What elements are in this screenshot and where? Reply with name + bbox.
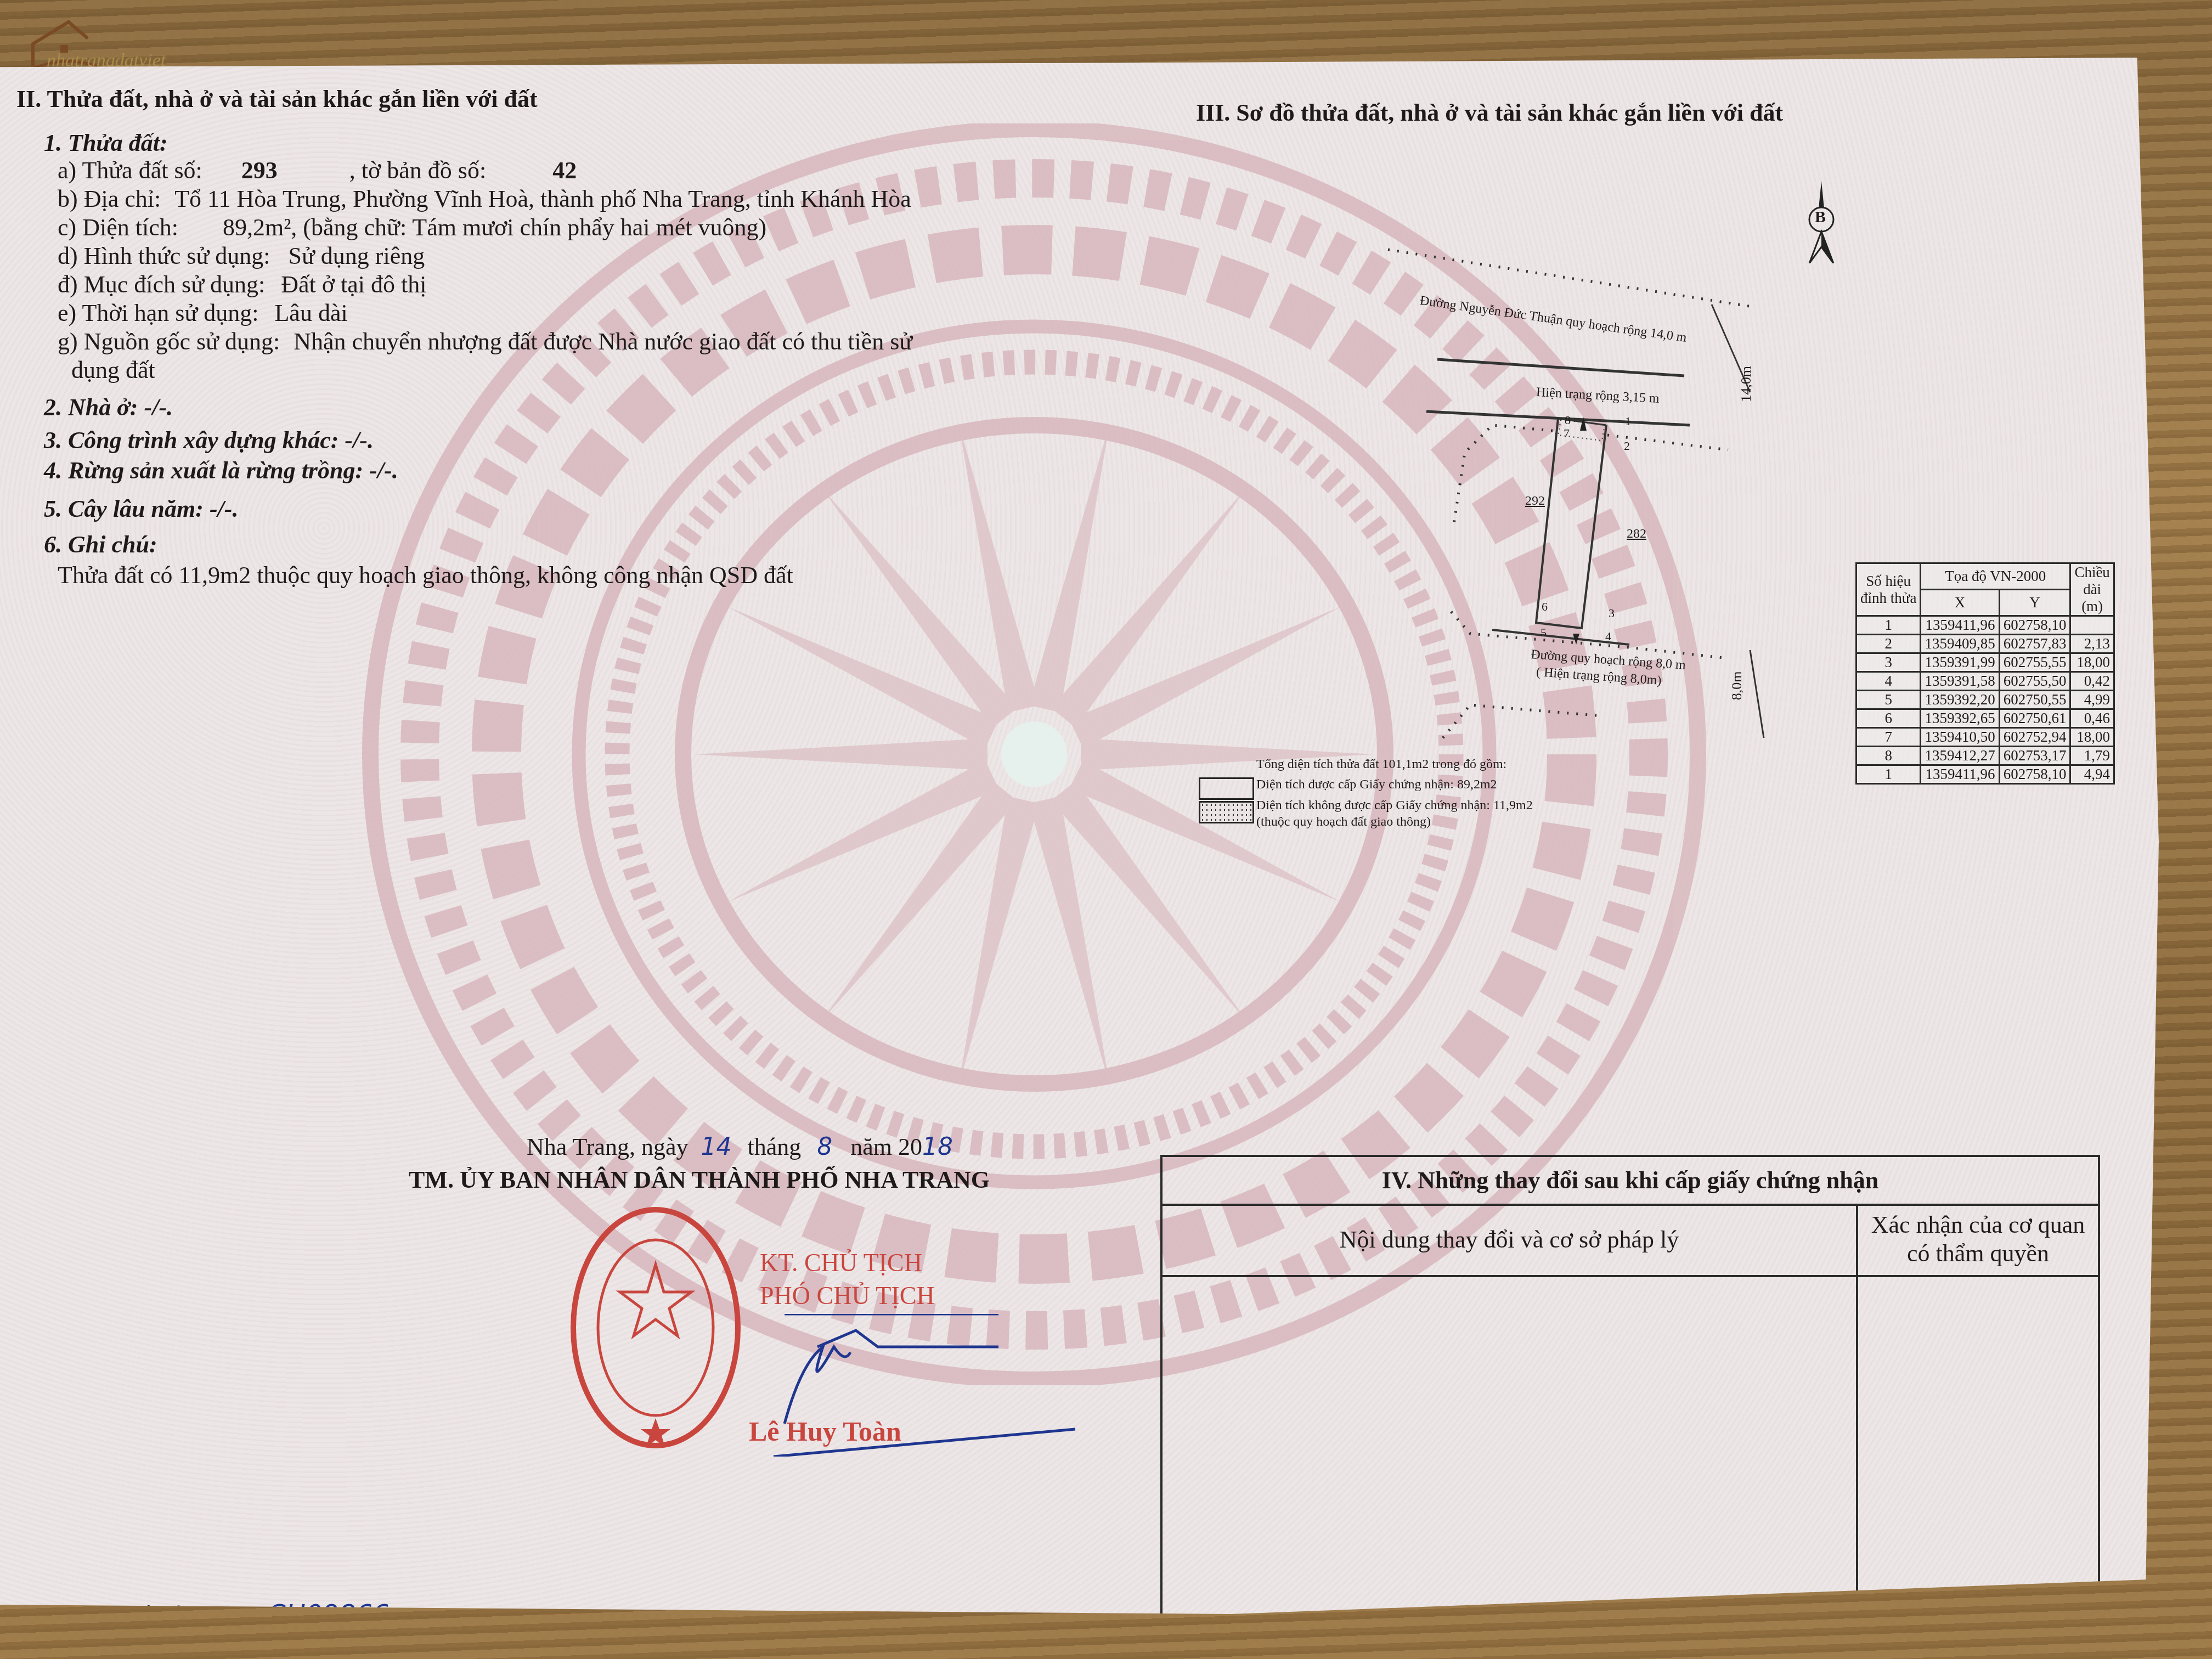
legend-total: Tổng diện tích thửa đất 101,1m2 trong đó…: [1256, 757, 1506, 772]
legend-swatch-not-certified: [1199, 801, 1254, 823]
certificate-page: II. Thửa đất, nhà ở và tài sản khác gắn …: [0, 58, 2159, 1627]
cell-length: [2070, 616, 2114, 635]
cell-length: 1,79: [2070, 747, 2114, 765]
usage-form-label: d) Hình thức sử dụng:: [58, 242, 270, 269]
map-sheet-number: 42: [552, 157, 577, 184]
cell-x: 1359411,96: [1921, 765, 1999, 784]
changes-table: IV. Những thay đổi sau khi cấp giấy chứn…: [1160, 1155, 2100, 1639]
other-construction-item: 3. Công trình xây dựng khác: -/-.: [44, 426, 374, 454]
change-content-field[interactable]: [1168, 1283, 1848, 1629]
vertex-3: 3: [1609, 606, 1615, 620]
cell-point: 5: [1857, 691, 1921, 709]
purpose-value: Đất ở tại đô thị: [281, 271, 426, 298]
cell-x: 1359391,99: [1921, 653, 1999, 672]
cell-point: 2: [1857, 635, 1921, 653]
cell-point: 7: [1857, 728, 1921, 747]
address-value: Tổ 11 Hòa Trung, Phường Vĩnh Hoà, thành …: [174, 185, 911, 212]
legend-not-certified: Diện tích không được cấp Giấy chứng nhận…: [1256, 798, 1533, 813]
month-label: tháng: [748, 1133, 802, 1160]
purpose-row: đ) Mục đích sử dụng: Đất ở tại đô thị: [58, 270, 427, 298]
perennial-item: 5. Cây lâu năm: -/-.: [44, 495, 238, 523]
col-coords-header: Tọa độ VN-2000: [1921, 563, 2070, 590]
coordinate-table: Số hiệuđỉnh thửa Tọa độ VN-2000 Chiềudài…: [1855, 562, 2115, 785]
cell-point: 6: [1857, 709, 1921, 728]
place-date-prefix: Nha Trang, ngày: [527, 1133, 689, 1160]
cell-y: 602753,17: [1999, 747, 2070, 765]
area-value: 89,2m², (bằng chữ: Tám mươi chín phẩy ha…: [223, 214, 766, 241]
cell-y: 602752,94: [1999, 728, 2070, 747]
notes-heading: 6. Ghi chú:: [44, 531, 157, 558]
role-line-2: PHÓ CHỦ TỊCH: [760, 1281, 935, 1310]
vertex-7: 7: [1564, 426, 1570, 441]
cell-point: 4: [1857, 672, 1921, 691]
legend-certified: Diện tích được cấp Giấy chứng nhận: 89,2…: [1256, 777, 1497, 792]
col-change-content: Nội dung thay đổi và cơ sở pháp lý: [1163, 1204, 1858, 1277]
cell-length: 4,99: [2070, 691, 2114, 709]
authority-confirmation-field[interactable]: [1865, 1283, 2090, 1629]
origin-row: g) Nguồn gốc sử dụng: Nhận chuyển nhượng…: [58, 328, 912, 356]
col-x-header: X: [1921, 590, 1999, 616]
north-label: B: [1815, 208, 1826, 227]
vertex-4: 4: [1605, 629, 1611, 644]
parcel-number-row: a) Thửa đất số: 293 , tờ bản đồ số: 42: [58, 156, 577, 184]
duration-label: e) Thời hạn sử dụng:: [58, 300, 258, 326]
purpose-label: đ) Mục đích sử dụng:: [58, 271, 265, 298]
cell-point: 1: [1857, 616, 1921, 635]
cell-x: 1359392,20: [1921, 691, 1999, 709]
duration-row: e) Thời hạn sử dụng: Lâu dài: [58, 299, 348, 327]
column-divider: [1856, 1275, 1858, 1637]
issuing-authority: TM. ỦY BAN NHÂN DÂN THÀNH PHỐ NHA TRANG: [409, 1166, 990, 1194]
table-row: 71359410,50602752,9418,00: [1857, 728, 2114, 747]
cell-y: 602758,10: [1999, 765, 2070, 784]
signer-name: Lê Huy Toàn: [749, 1415, 901, 1447]
vertex-2: 2: [1624, 439, 1630, 453]
vertex-5: 5: [1541, 625, 1547, 640]
duration-value: Lâu dài: [274, 300, 347, 326]
table-row: 31359391,99602755,5518,00: [1857, 653, 2114, 672]
cell-x: 1359409,85: [1921, 635, 1999, 653]
date-year-suffix: 18: [922, 1133, 953, 1161]
col-length-header: Chiềudài(m): [2070, 563, 2114, 616]
table-row: 41359391,58602755,500,42: [1857, 672, 2114, 691]
date-month: 8: [817, 1133, 832, 1161]
vertex-8: 8: [1565, 413, 1571, 427]
origin-value: Nhận chuyển nhượng đất được Nhà nước gia…: [294, 328, 912, 355]
area-label: c) Diện tích:: [58, 214, 178, 241]
legend-swatch-certified: [1199, 777, 1254, 800]
cell-length: 0,42: [2070, 672, 2114, 691]
cell-y: 602755,55: [1999, 653, 2070, 672]
legend-not-certified-note: (thuộc quy hoạch đất giao thông): [1256, 815, 1431, 830]
cell-x: 1359410,50: [1921, 728, 1999, 747]
map-sheet-label: , tờ bản đồ số:: [349, 157, 486, 184]
section-3-title: III. Sơ đồ thửa đất, nhà ở và tài sản kh…: [1196, 99, 1783, 127]
cell-y: 602757,83: [1999, 635, 2070, 653]
land-heading: 1. Thửa đất:: [44, 129, 168, 157]
place-date: Nha Trang, ngày 14 tháng 8 năm 2018: [527, 1133, 953, 1161]
vertex-1: 1: [1625, 414, 1631, 428]
table-row: 11359411,96602758,10: [1857, 616, 2114, 635]
cell-x: 1359391,58: [1921, 672, 1999, 691]
section-2-title: II. Thửa đất, nhà ở và tài sản khác gắn …: [16, 85, 538, 113]
vertex-6: 6: [1542, 600, 1548, 614]
date-day: 14: [701, 1133, 732, 1161]
cell-y: 602750,61: [1999, 709, 2070, 728]
cell-length: 0,46: [2070, 709, 2114, 728]
table-row: 51359392,20602750,554,99: [1857, 691, 2114, 709]
cell-y: 602755,50: [1999, 672, 2070, 691]
road-bottom-width: 8,0m: [1729, 672, 1745, 701]
usage-form-value: Sử dụng riêng: [288, 242, 425, 269]
col-point-header: Số hiệuđỉnh thửa: [1857, 563, 1921, 616]
year-label: năm 20: [850, 1133, 922, 1160]
table-row: 21359409,85602757,832,13: [1857, 635, 2114, 653]
house-item: 2. Nhà ở: -/-.: [44, 393, 173, 421]
parcel-label: a) Thửa đất số:: [58, 157, 202, 184]
forest-item: 4. Rừng sản xuất là rừng trồng: -/-.: [44, 456, 398, 484]
cell-point: 1: [1857, 765, 1921, 784]
cell-x: 1359411,96: [1921, 616, 1999, 635]
cell-point: 3: [1857, 653, 1921, 672]
cell-y: 602750,55: [1999, 691, 2070, 709]
origin-continued: dụng đất: [71, 356, 155, 384]
cell-x: 1359412,27: [1921, 747, 1999, 765]
cell-y: 602758,10: [1999, 616, 2070, 635]
cell-length: 18,00: [2070, 653, 2114, 672]
cell-x: 1359392,65: [1921, 709, 1999, 728]
address-label: b) Địa chỉ:: [58, 185, 161, 212]
section-4-title: IV. Những thay đổi sau khi cấp giấy chứn…: [1163, 1157, 2098, 1206]
cell-length: 18,00: [2070, 728, 2114, 747]
road-top-width: 14,0m: [1738, 366, 1754, 402]
neighbor-parcel-292: 292: [1525, 494, 1545, 509]
neighbor-parcel-282: 282: [1627, 527, 1646, 541]
cell-point: 8: [1857, 747, 1921, 765]
notes-text: Thửa đất có 11,9m2 thuộc quy hoạch giao …: [58, 561, 793, 589]
cell-length: 2,13: [2070, 635, 2114, 653]
table-row: 61359392,65602750,610,46: [1857, 709, 2114, 728]
origin-label: g) Nguồn gốc sử dụng:: [58, 328, 280, 355]
table-row: 81359412,27602753,171,79: [1857, 747, 2114, 765]
col-authority-confirmation: Xác nhận của cơ quan có thẩm quyền: [1858, 1204, 2098, 1277]
role-line-1: KT. CHỦ TỊCH: [760, 1248, 922, 1277]
parcel-number: 293: [241, 157, 278, 184]
address-row: b) Địa chỉ: Tổ 11 Hòa Trung, Phường Vĩnh…: [58, 185, 911, 213]
area-row: c) Diện tích: 89,2m², (bằng chữ: Tám mươ…: [58, 213, 766, 241]
col-y-header: Y: [1999, 590, 2070, 616]
usage-form-row: d) Hình thức sử dụng: Sử dụng riêng: [58, 242, 425, 270]
table-row: 11359411,96602758,104,94: [1857, 765, 2114, 784]
cell-length: 4,94: [2070, 765, 2114, 784]
